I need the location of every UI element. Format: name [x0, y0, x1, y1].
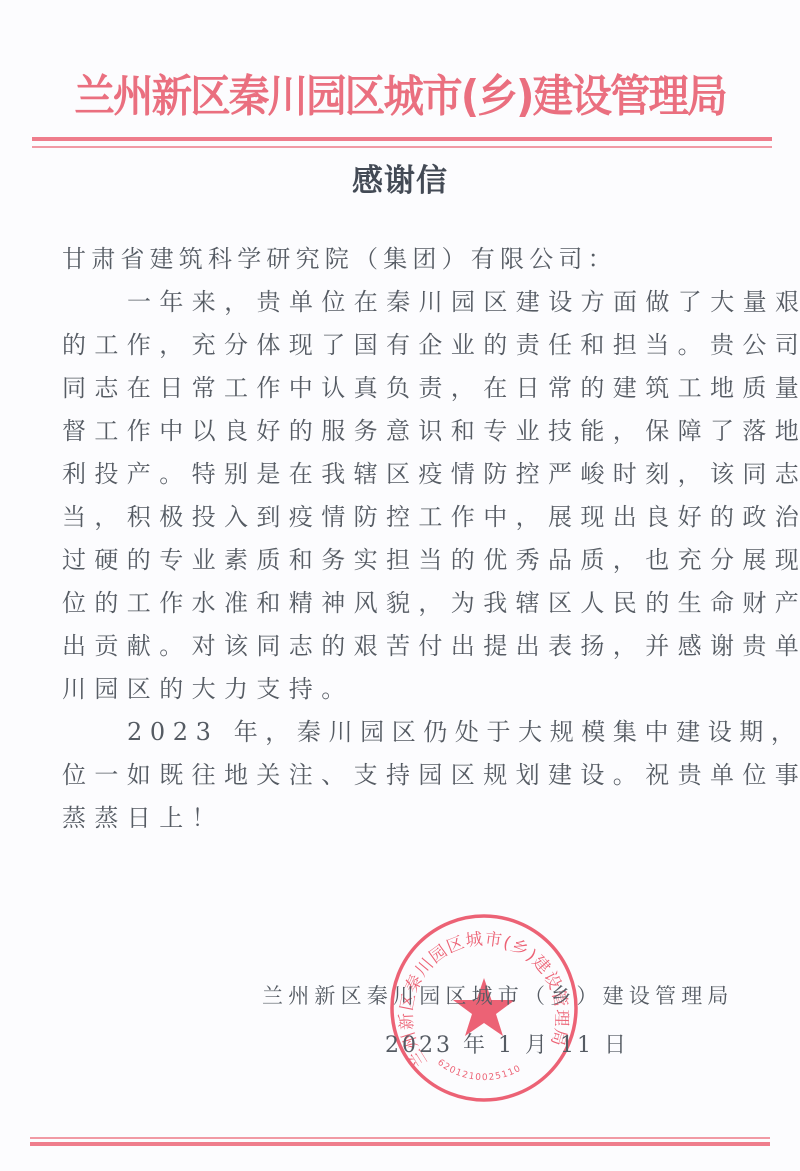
paragraph-1-line-3: 同志在日常工作中认真负责，在日常的建筑工地质量安全监 [62, 367, 800, 410]
paragraph-1-line-1: 一年来，贵单位在秦川园区建设方面做了大量艰苦卓越 [127, 281, 800, 324]
salutation: 甘肃省建筑科学研究院（集团）有限公司： [62, 238, 617, 281]
paragraph-1-line-9: 出贡献。对该同志的艰苦付出提出表扬，并感谢贵单位对秦 [62, 625, 800, 668]
paragraph-1-line-10: 川园区的大力支持。 [62, 668, 354, 711]
header-rule-thin [32, 146, 772, 148]
paragraph-1-line-8: 位的工作水准和精神风貌，为我辖区人民的生命财产安全做 [62, 582, 800, 625]
paragraph-1-line-6: 当，积极投入到疫情防控工作中，展现出良好的政治素养、 [62, 496, 800, 539]
paragraph-1-line-2: 的工作，充分体现了国有企业的责任和担当。贵公司邱怡铭 [62, 324, 800, 367]
paragraph-1-line-5: 利投产。特别是在我辖区疫情防控严峻时刻，该同志勇于担 [62, 453, 800, 496]
document-title: 感谢信 [0, 155, 800, 200]
paragraph-1-line-4: 督工作中以良好的服务意识和专业技能，保障了落地企业顺 [62, 410, 800, 453]
header-rule-thick [32, 137, 772, 141]
paragraph-1-line-7: 过硬的专业素质和务实担当的优秀品质，也充分展现出贵单 [62, 539, 800, 582]
paragraph-2-line-2: 位一如既往地关注、支持园区规划建设。祝贵单位事业发展 [62, 754, 800, 797]
paragraph-2-line-3: 蒸蒸日上！ [62, 797, 224, 840]
footer-rule-thick [30, 1142, 770, 1146]
letter-page: 兰州新区秦川园区城市(乡)建设管理局 感谢信 甘肃省建筑科学研究院（集团）有限公… [0, 0, 800, 1171]
signature-organization: 兰州新区秦川园区城市（乡）建设管理局 [262, 975, 734, 1018]
letterhead-title: 兰州新区秦川园区城市(乡)建设管理局 [30, 62, 770, 122]
letterhead-organization: 兰州新区秦川园区城市(乡)建设管理局 [74, 60, 726, 124]
paragraph-2-line-1: 2023 年，秦川园区仍处于大规模集中建设期，恳请贵单 [127, 711, 800, 754]
footer-rule-thin [30, 1137, 770, 1139]
signature-date: 2023 年 1 月 11 日 [385, 1024, 629, 1067]
